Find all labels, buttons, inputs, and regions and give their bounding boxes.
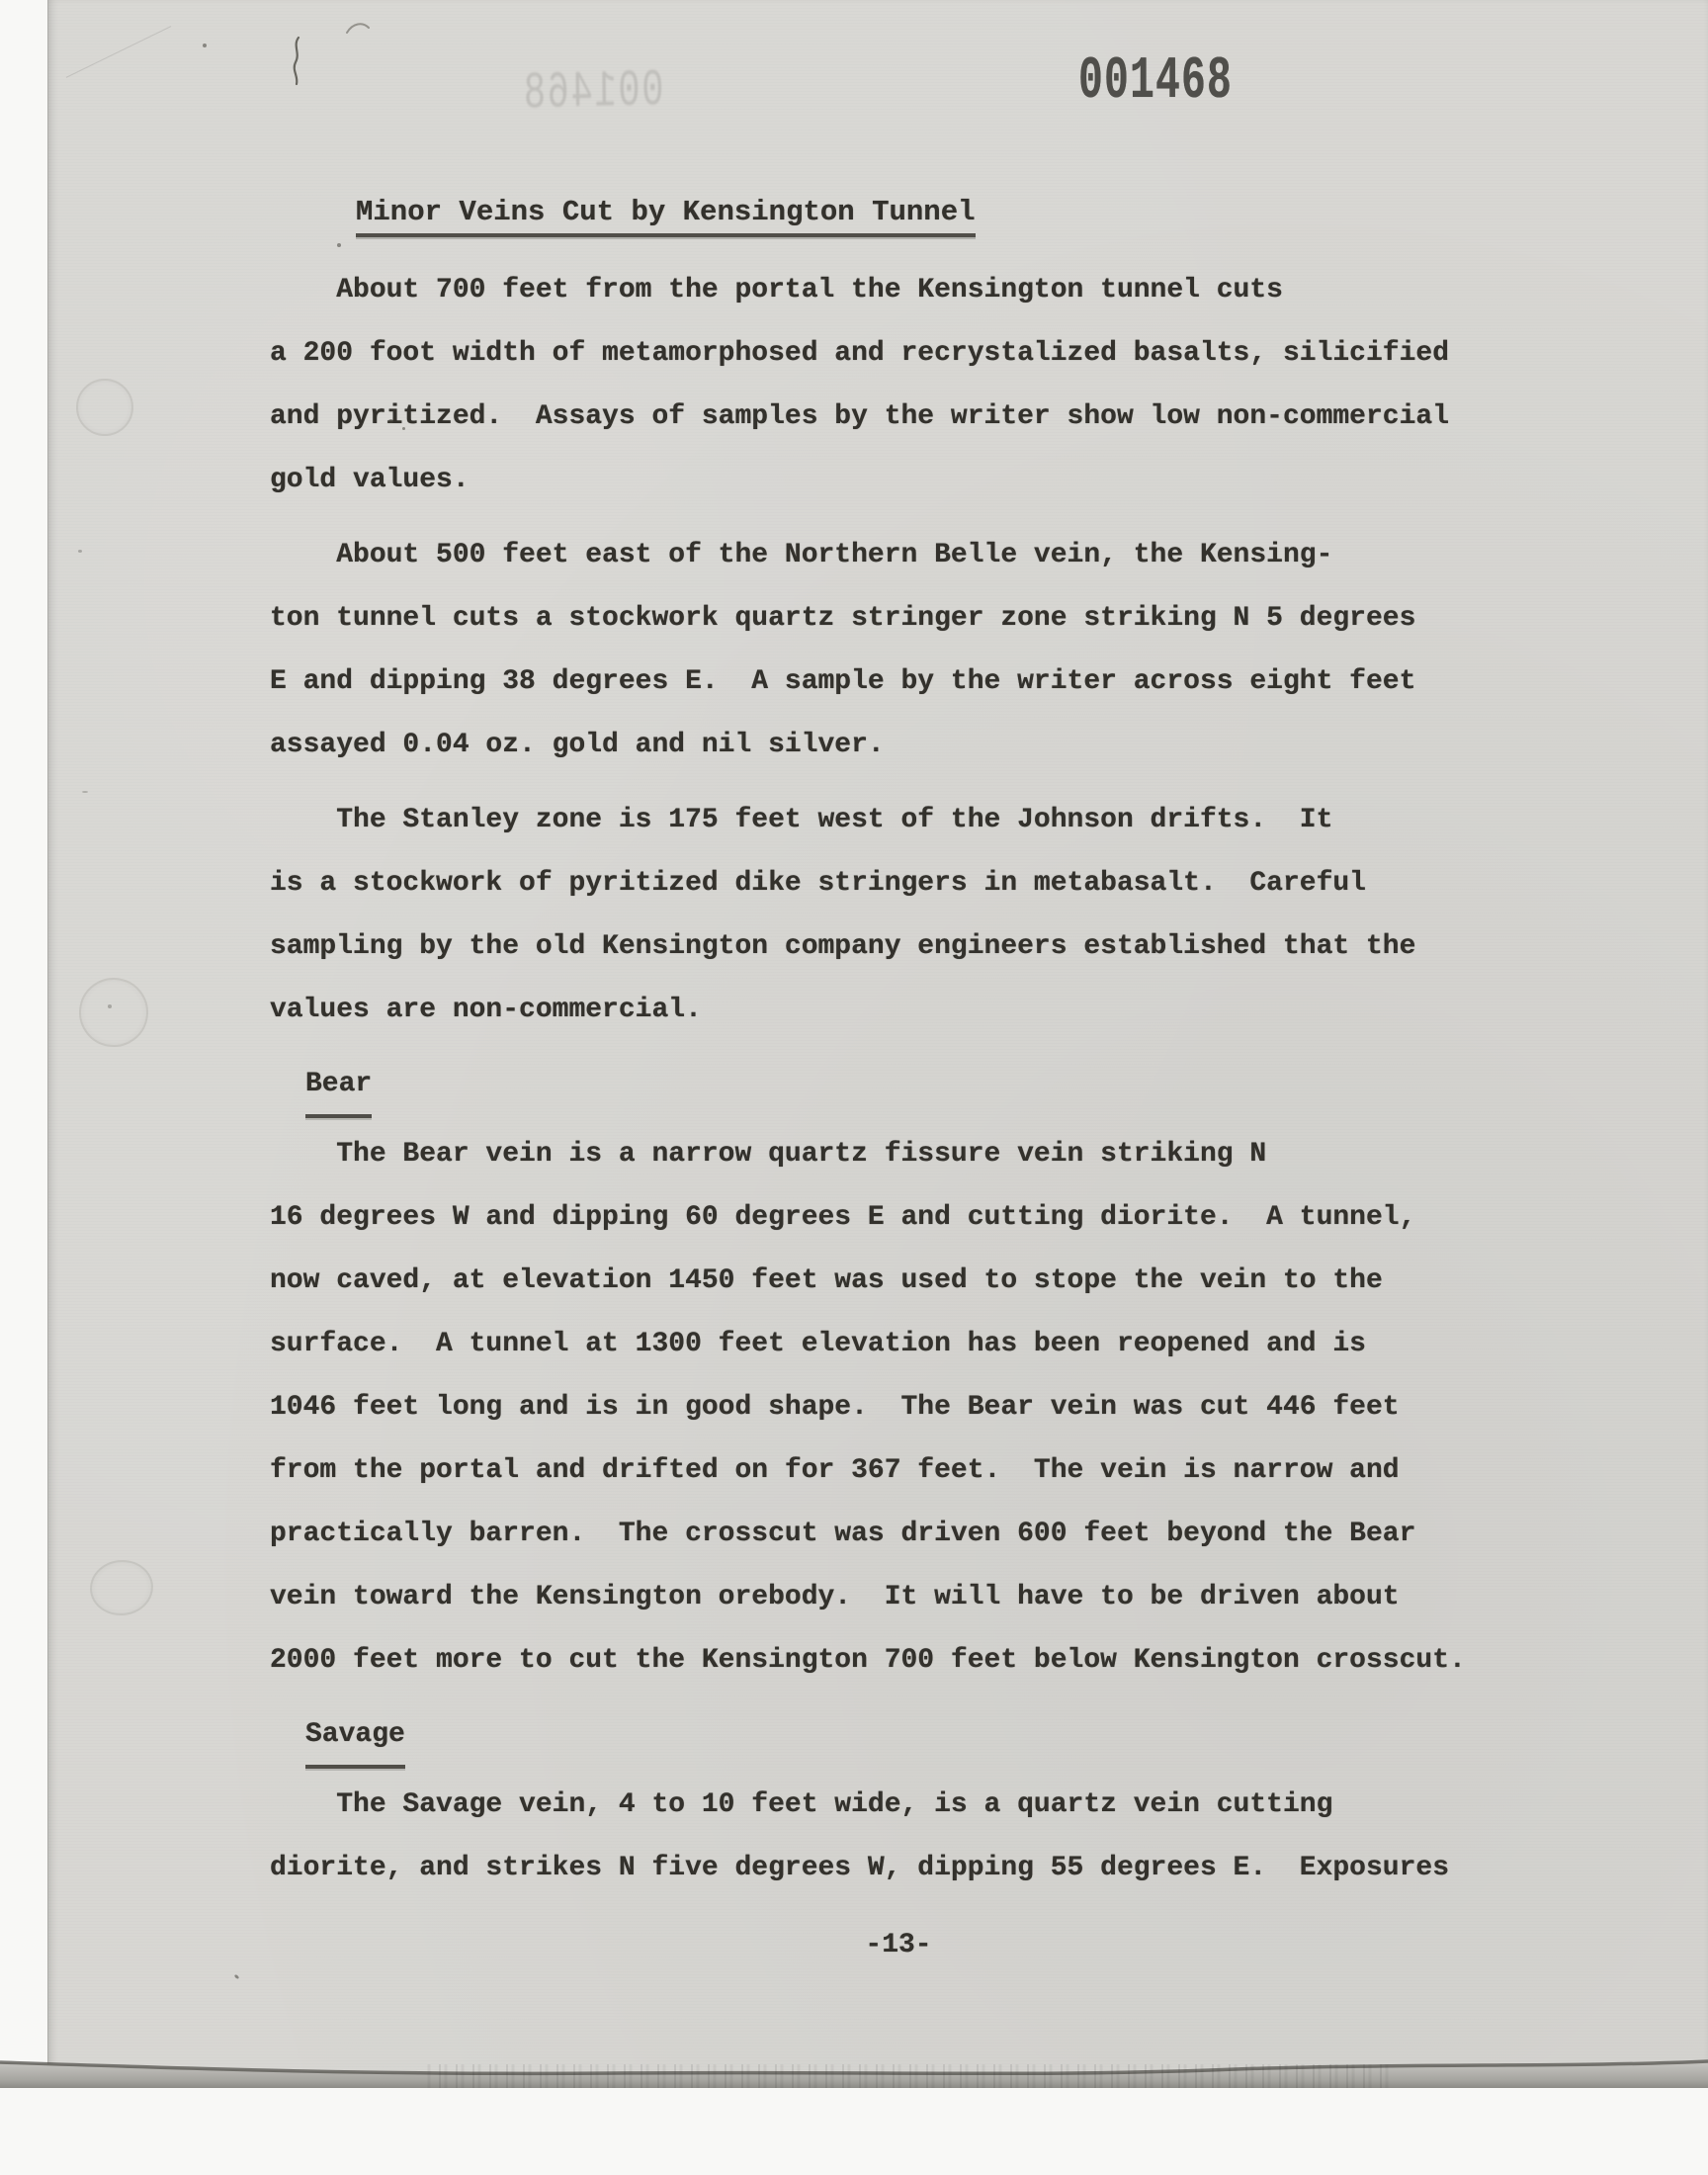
text-line: 16 degrees W and dipping 60 degrees E an… bbox=[270, 1186, 1545, 1250]
paragraph-bear-vein: The Bear vein is a narrow quartz fissure… bbox=[270, 1123, 1545, 1693]
scanned-page: 001468 001468 Minor Veins Cut by Kensing… bbox=[0, 0, 1708, 2175]
text-line: ton tunnel cuts a stockwork quartz strin… bbox=[270, 587, 1545, 651]
text-line: is a stockwork of pyritized dike stringe… bbox=[270, 852, 1545, 915]
text-line: assayed 0.04 oz. gold and nil silver. bbox=[270, 714, 1545, 777]
text-line: values are non-commercial. bbox=[270, 979, 1545, 1042]
section-heading-savage-label: Savage bbox=[305, 1706, 405, 1769]
text-line: a 200 foot width of metamorphosed and re… bbox=[270, 322, 1545, 386]
section-heading-bear-label: Bear bbox=[305, 1056, 372, 1118]
scan-speck bbox=[337, 243, 341, 247]
text-line: E and dipping 38 degrees E. A sample by … bbox=[270, 651, 1545, 714]
scan-speck bbox=[78, 550, 82, 553]
text-line: The Savage vein, 4 to 10 feet wide, is a… bbox=[270, 1774, 1545, 1837]
arc-mark bbox=[345, 20, 371, 36]
text-line: diorite, and strikes N five degrees W, d… bbox=[270, 1837, 1545, 1900]
stain-ring bbox=[74, 973, 152, 1051]
text-line: The Stanley zone is 175 feet west of the… bbox=[270, 789, 1545, 852]
stain-ring bbox=[76, 379, 133, 436]
text-line: About 500 feet east of the Northern Bell… bbox=[270, 524, 1545, 587]
stamp-number: 001468 bbox=[1078, 47, 1233, 116]
text-line: surface. A tunnel at 1300 feet elevation… bbox=[270, 1313, 1545, 1376]
text-line: gold values. bbox=[270, 449, 1545, 512]
text-line: The Bear vein is a narrow quartz fissure… bbox=[270, 1123, 1545, 1186]
scan-speck bbox=[108, 1004, 112, 1008]
scan-speck bbox=[388, 419, 393, 423]
paragraph-stringer-zone: About 500 feet east of the Northern Bell… bbox=[270, 524, 1545, 777]
paragraph-kensington-cuts: About 700 feet from the portal the Kensi… bbox=[270, 259, 1545, 512]
scan-speck bbox=[402, 427, 405, 430]
text-line: now caved, at elevation 1450 feet was us… bbox=[270, 1250, 1545, 1313]
scan-speck bbox=[234, 1974, 240, 1980]
text-line: and pyritized. Assays of samples by the … bbox=[270, 386, 1545, 449]
text-line: About 700 feet from the portal the Kensi… bbox=[270, 259, 1545, 322]
text-line: 1046 feet long and is in good shape. The… bbox=[270, 1376, 1545, 1439]
paper-sheet: 001468 001468 Minor Veins Cut by Kensing… bbox=[47, 0, 1708, 2088]
scan-speck bbox=[203, 43, 207, 47]
paragraph-savage-vein: The Savage vein, 4 to 10 feet wide, is a… bbox=[270, 1774, 1545, 1900]
ghost-stamp-number: 001468 bbox=[522, 61, 664, 123]
scan-speck bbox=[82, 791, 88, 793]
document-body: About 700 feet from the portal the Kensi… bbox=[270, 259, 1545, 1900]
pen-squiggle-mark bbox=[290, 36, 305, 87]
text-line: from the portal and drifted on for 367 f… bbox=[270, 1439, 1545, 1503]
page-title: Minor Veins Cut by Kensington Tunnel bbox=[356, 196, 976, 237]
corner-crease bbox=[66, 26, 171, 78]
page-number: -13- bbox=[770, 1926, 1027, 1965]
text-line: practically barren. The crosscut was dri… bbox=[270, 1503, 1545, 1566]
paragraph-stanley-zone: The Stanley zone is 175 feet west of the… bbox=[270, 789, 1545, 1042]
text-line: sampling by the old Kensington company e… bbox=[270, 915, 1545, 979]
text-line: vein toward the Kensington orebody. It w… bbox=[270, 1566, 1545, 1629]
section-heading-bear: Bear bbox=[305, 1056, 1545, 1119]
text-line: 2000 feet more to cut the Kensington 700… bbox=[270, 1629, 1545, 1693]
stain-ring bbox=[87, 1557, 156, 1618]
section-heading-savage: Savage bbox=[305, 1706, 1545, 1770]
page-bottom-edge bbox=[0, 2017, 1708, 2106]
